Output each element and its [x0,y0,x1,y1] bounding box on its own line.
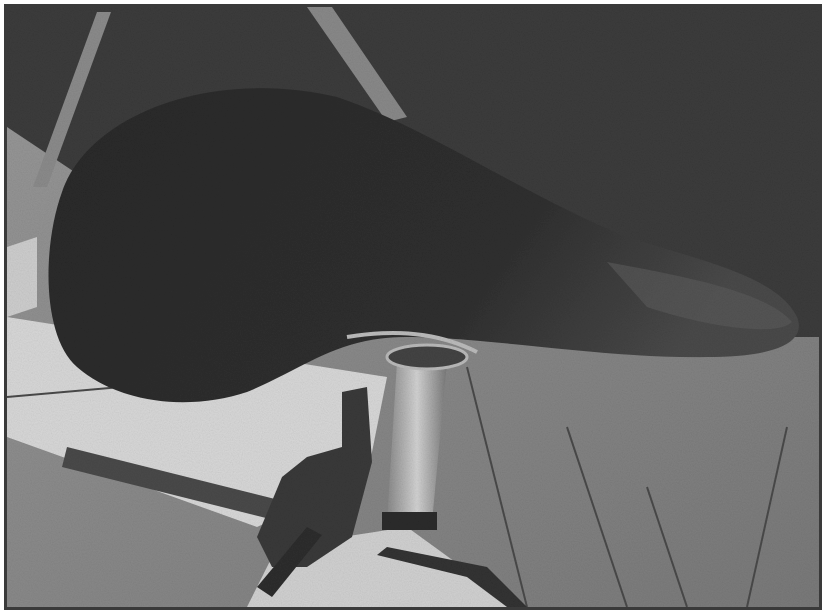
photo-canvas [7,7,819,607]
photo: Bicycle saddle mounted on a seat post ab… [4,4,822,610]
floorboard-light-strip [7,237,37,317]
seat-clamp [382,512,437,530]
seat-post-top [387,345,467,369]
